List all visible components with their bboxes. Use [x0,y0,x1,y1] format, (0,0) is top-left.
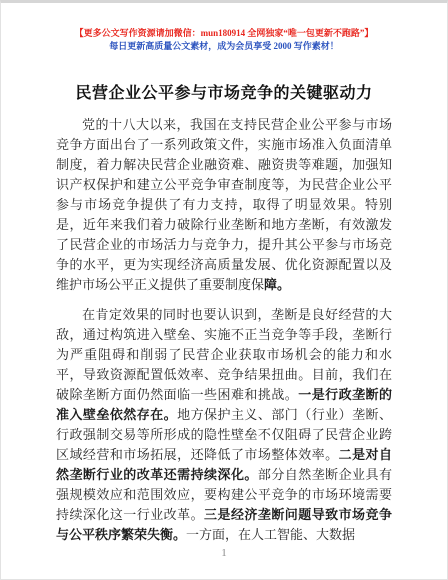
promo-header: 【更多公文写作资源请加微信：mun180914 全网独家“唯一包更新不跑路”】 … [1,27,447,53]
promo-line-2: 每日更新高质量公文素材，成为会员享受 2000 写作素材！ [1,40,447,53]
paragraph-1-bold-tail: 障。 [264,277,290,292]
promo-line-1: 【更多公文写作资源请加微信：mun180914 全网独家“唯一包更新不跑路”】 [1,27,447,40]
paragraph-1: 党的十八大以来，我国在支持民营企业公平参与市场竞争方面出台了一系列政策文件，实施… [56,115,392,295]
paragraph-2-seg7: 一方面，在人工智能、大数据 [186,527,355,542]
document-title: 民营企业公平参与市场竞争的关键驱动力 [41,83,407,105]
paragraph-1-text: 党的十八大以来，我国在支持民营企业公平参与市场竞争方面出台了一系列政策文件，实施… [56,117,392,292]
document-page: 【更多公文写作资源请加微信：mun180914 全网独家“唯一包更新不跑路”】 … [0,0,448,580]
page-number: 1 [1,547,447,559]
paragraph-2: 在肯定效果的同时也要认识到，垄断是良好经营的大敌，通过构筑进入壁垒、实施不正当竞… [56,305,392,545]
document-body: 党的十八大以来，我国在支持民营企业公平参与市场竞争方面出台了一系列政策文件，实施… [56,115,392,545]
